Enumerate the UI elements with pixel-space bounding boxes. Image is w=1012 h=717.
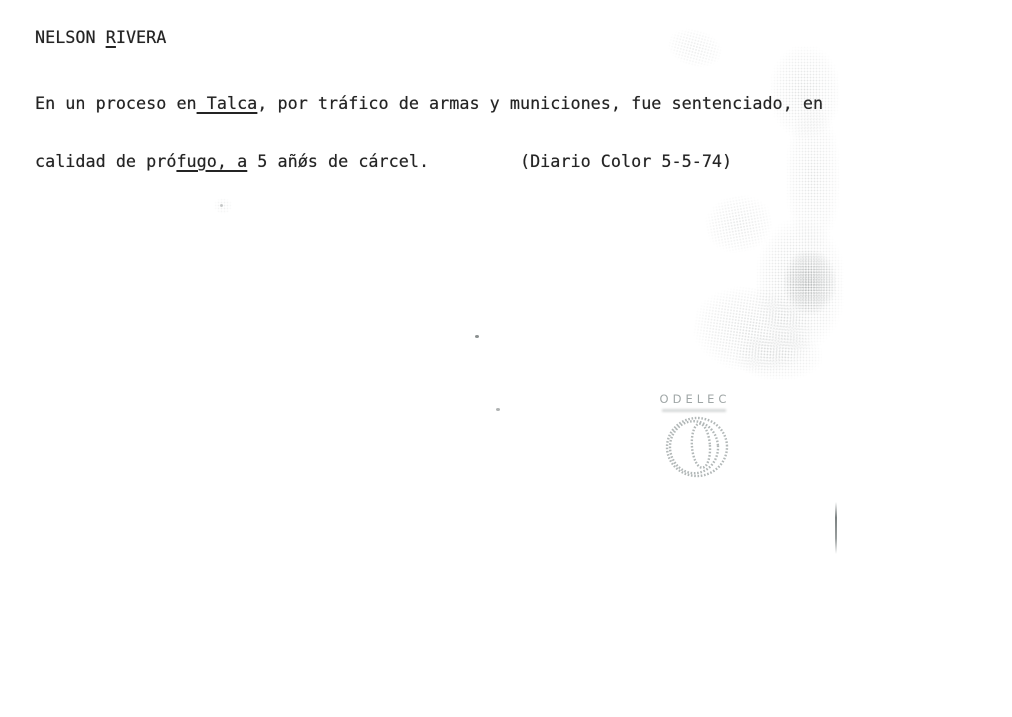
stamp-text: ODELEC bbox=[650, 392, 740, 406]
ink-speck bbox=[496, 408, 500, 411]
text-line: En un proceso en Talca, por tráfico de a… bbox=[35, 94, 823, 113]
underlined-text: fugo, a bbox=[176, 151, 247, 171]
underlined-text: Talca bbox=[197, 93, 258, 113]
text-segment: IVERA bbox=[116, 27, 167, 47]
scanned-document-page: NELSON RIVERA En un proceso en Talca, po… bbox=[0, 0, 1012, 717]
document-body: En un proceso en Talca, por tráfico de a… bbox=[35, 56, 823, 210]
text-segment: , por tráfico de armas y municiones, fue… bbox=[257, 93, 823, 113]
stamp-logo-rings-icon bbox=[660, 412, 734, 482]
ink-speck bbox=[475, 335, 479, 338]
stain-artifact bbox=[736, 332, 822, 380]
text-segment: calidad de pró bbox=[35, 151, 176, 171]
scratch-mark bbox=[835, 502, 837, 554]
text-line: calidad de prófugo, a 5 añǿs de cárcel. … bbox=[35, 152, 823, 171]
ink-speck bbox=[220, 204, 223, 207]
text-segment: En un proceso en bbox=[35, 93, 197, 113]
person-name-heading: NELSON RIVERA bbox=[35, 27, 166, 47]
underlined-text: R bbox=[106, 27, 116, 47]
text-segment: 5 añǿs de cárcel. (Diario Color 5-5-74) bbox=[247, 151, 732, 171]
text-segment: NELSON bbox=[35, 27, 106, 47]
stain-artifact bbox=[214, 198, 232, 214]
